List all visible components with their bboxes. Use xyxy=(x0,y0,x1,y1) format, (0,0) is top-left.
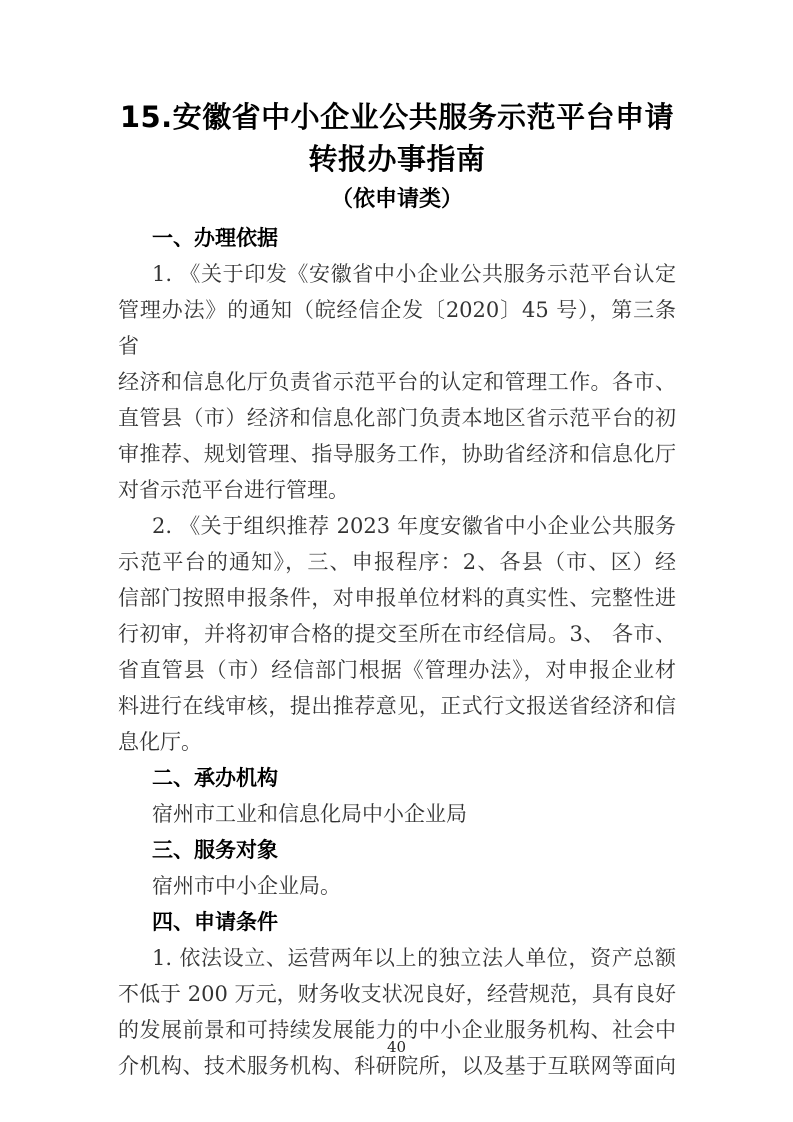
sections-container: 一、办理依据1. 《关于印发《安徽省中小企业公共服务示范平台认定管理办法》的通知… xyxy=(118,220,676,1084)
section-heading: 四、申请条件 xyxy=(118,904,676,940)
paragraph-line: 宿州市中小企业局。 xyxy=(118,868,676,904)
paragraph-line: 示范平台的通知》，三、申报程序：2、各县（市、区）经 xyxy=(118,544,676,580)
page-number: 40 xyxy=(0,1036,793,1058)
section-heading: 三、服务对象 xyxy=(118,832,676,868)
section-heading: 二、承办机构 xyxy=(118,760,676,796)
paragraph-line: 息化厅。 xyxy=(118,724,676,760)
paragraph-line: 宿州市工业和信息化局中小企业局 xyxy=(118,796,676,832)
title-line-1: 15.安徽省中小企业公共服务示范平台申请 xyxy=(118,96,676,138)
document-page: 15.安徽省中小企业公共服务示范平台申请 转报办事指南 （依申请类） 一、办理依… xyxy=(0,0,793,1122)
paragraph-line: 省直管县（市）经信部门根据《管理办法》，对申报企业材 xyxy=(118,652,676,688)
paragraph-line: 2. 《关于组织推荐 2023 年度安徽省中小企业公共服务 xyxy=(118,508,676,544)
paragraph-line: 对省示范平台进行管理。 xyxy=(118,472,676,508)
paragraph-line: 审推荐、规划管理、指导服务工作，协助省经济和信息化厅 xyxy=(118,436,676,472)
paragraph-line: 行初审，并将初审合格的提交至所在市经信局。3、 各市、 xyxy=(118,616,676,652)
document-content: 15.安徽省中小企业公共服务示范平台申请 转报办事指南 （依申请类） 一、办理依… xyxy=(118,96,676,1084)
document-subtitle: （依申请类） xyxy=(118,180,676,220)
paragraph-line: 不低于 200 万元，财务收支状况良好，经营规范，具有良好 xyxy=(118,976,676,1012)
paragraph-line: 直管县（市）经济和信息化部门负责本地区省示范平台的初 xyxy=(118,400,676,436)
paragraph-line: 信部门按照申报条件，对申报单位材料的真实性、完整性进 xyxy=(118,580,676,616)
section-heading: 一、办理依据 xyxy=(118,220,676,256)
title-line-2: 转报办事指南 xyxy=(118,138,676,180)
paragraph-line: 1. 依法设立、运营两年以上的独立法人单位，资产总额 xyxy=(118,940,676,976)
paragraph-line: 料进行在线审核，提出推荐意见，正式行文报送省经济和信 xyxy=(118,688,676,724)
paragraph-line: 管理办法》的通知（皖经信企发〔2020〕45 号），第三条 省 xyxy=(118,292,676,364)
paragraph-line: 经济和信息化厅负责省示范平台的认定和管理工作。各市、 xyxy=(118,364,676,400)
paragraph-line: 1. 《关于印发《安徽省中小企业公共服务示范平台认定 xyxy=(118,256,676,292)
document-title: 15.安徽省中小企业公共服务示范平台申请 转报办事指南 xyxy=(118,96,676,180)
